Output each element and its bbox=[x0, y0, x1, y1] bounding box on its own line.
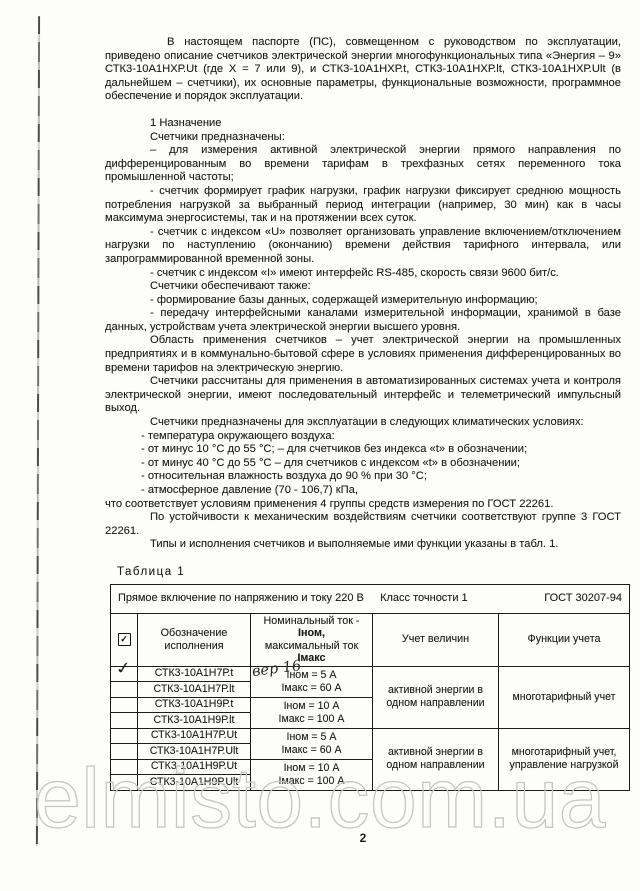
column-header-check: ✓ bbox=[111, 613, 138, 666]
paragraph: - формирование базы данных, содержащей и… bbox=[105, 294, 621, 308]
list-item: - от минус 10 °С до 55 °С; – для счетчик… bbox=[105, 443, 621, 457]
designation-cell: СТК3-10А1Н7Р.Ut bbox=[138, 728, 251, 744]
table-caption-standard: ГОСТ 30207-94 bbox=[506, 592, 622, 606]
table-row: ✓ СТК3-10А1Н7Р.t вер 16 Iном = 5 А Iмакс… bbox=[111, 666, 630, 682]
paragraph: Счетчики обеспечивают также: bbox=[105, 280, 621, 294]
column-header-quantity: Учет величин bbox=[373, 613, 499, 666]
functions-cell: многотарифный учет bbox=[499, 666, 630, 728]
current-nominal: Iном = 5 А bbox=[253, 731, 370, 744]
column-header-functions: Функции учета bbox=[499, 613, 630, 666]
quantity-cell: активной энергии в одном направлении bbox=[373, 666, 499, 728]
functions-text: многотарифный учет bbox=[501, 691, 627, 704]
scan-binding-line-icon bbox=[36, 16, 40, 846]
designation-cell: СТК3-10А1Н9Р.lt bbox=[138, 713, 251, 729]
current-max: Iмакс = 100 А bbox=[253, 713, 370, 726]
table-label: Таблица 1 bbox=[117, 566, 621, 580]
header-current-inom: Iном, bbox=[298, 627, 325, 639]
handwritten-checkmark-icon: ✓ bbox=[114, 662, 132, 675]
current-nominal: Iном = 10 А bbox=[253, 700, 370, 713]
check-cell bbox=[111, 682, 138, 698]
paragraph: – для измерения активной электрической э… bbox=[105, 144, 621, 185]
paragraph: Счетчики предназначены для эксплуатации … bbox=[105, 416, 621, 430]
quantity-text: активной энергии в bbox=[375, 684, 496, 697]
paragraph: что соответствует условиям применения 4 … bbox=[105, 498, 621, 512]
table-caption-connection: Прямое включение по напряжению и току 22… bbox=[118, 592, 380, 606]
paragraph: Область применения счетчиков – учет элек… bbox=[105, 334, 621, 375]
document-text: В настоящем паспорте (ПС), совмещенном с… bbox=[105, 36, 621, 791]
list-item: - от минус 40 °С до 55 °С – для счетчико… bbox=[105, 457, 621, 471]
paragraph: Счетчики рассчитаны для применения в авт… bbox=[105, 375, 621, 416]
header-current-text: Номинальный ток - bbox=[263, 615, 359, 627]
paragraph: По устойчивости к механическим воздейств… bbox=[105, 511, 621, 538]
check-cell bbox=[111, 713, 138, 729]
section-heading: 1 Назначение bbox=[105, 117, 621, 131]
current-cell: Iном = 10 А Iмакс = 100 А bbox=[251, 697, 373, 728]
page-scan: В настоящем паспорте (ПС), совмещенном с… bbox=[0, 0, 640, 891]
paragraph: - счетчик с индексом «U» позволяет орган… bbox=[105, 226, 621, 267]
check-cell: ✓ bbox=[111, 666, 138, 682]
table-row: СТК3-10А1Н7Р.Ut Iном = 5 А Iмакс = 60 А … bbox=[111, 728, 630, 744]
paragraph: - счетчик с индексом «I» имеют интерфейс… bbox=[105, 267, 621, 281]
paragraph: - передачу интерфейсными каналами измери… bbox=[105, 307, 621, 334]
list-item: - относительная влажность воздуха до 90 … bbox=[105, 470, 621, 484]
paragraph: В настоящем паспорте (ПС), совмещенном с… bbox=[105, 36, 621, 104]
column-header-current: Номинальный ток - Iном, максимальный ток… bbox=[251, 613, 373, 666]
current-cell: вер 16 Iном = 5 А Iмакс = 60 А bbox=[251, 666, 373, 697]
paragraph: - счетчик формирует график нагрузки, гра… bbox=[105, 185, 621, 226]
check-cell bbox=[111, 697, 138, 713]
header-current-text: максимальный ток bbox=[265, 640, 358, 652]
table-caption-accuracy: Класс точности 1 bbox=[380, 592, 506, 606]
list-item: - атмосферное давление (70 - 106,7) кПа, bbox=[105, 484, 621, 498]
table-caption-row: Прямое включение по напряжению и току 22… bbox=[111, 584, 630, 613]
paragraph: Счетчики предназначены: bbox=[105, 131, 621, 145]
designation-cell: СТК3-10А1Н7Р.lt bbox=[138, 682, 251, 698]
designation-cell: СТК3-10А1Н9Р.t bbox=[138, 697, 251, 713]
checkbox-checked-icon: ✓ bbox=[118, 633, 131, 646]
table-header-row: ✓ Обозначение исполнения Номинальный ток… bbox=[111, 613, 630, 666]
column-header-designation: Обозначение исполнения bbox=[138, 613, 251, 666]
check-cell bbox=[111, 728, 138, 744]
quantity-text: одном направлении bbox=[375, 697, 496, 710]
designation-cell: СТК3-10А1Н7Р.t bbox=[138, 666, 251, 682]
header-current-imax: Iмакс bbox=[297, 652, 325, 664]
paragraph: Типы и исполнения счетчиков и выполняемы… bbox=[105, 538, 621, 552]
list-item: - температура окружающего воздуха: bbox=[105, 430, 621, 444]
current-max: Iмакс = 60 А bbox=[253, 682, 370, 695]
page-number: 2 bbox=[105, 831, 621, 845]
checkmark-icon: ✓ bbox=[120, 635, 128, 644]
